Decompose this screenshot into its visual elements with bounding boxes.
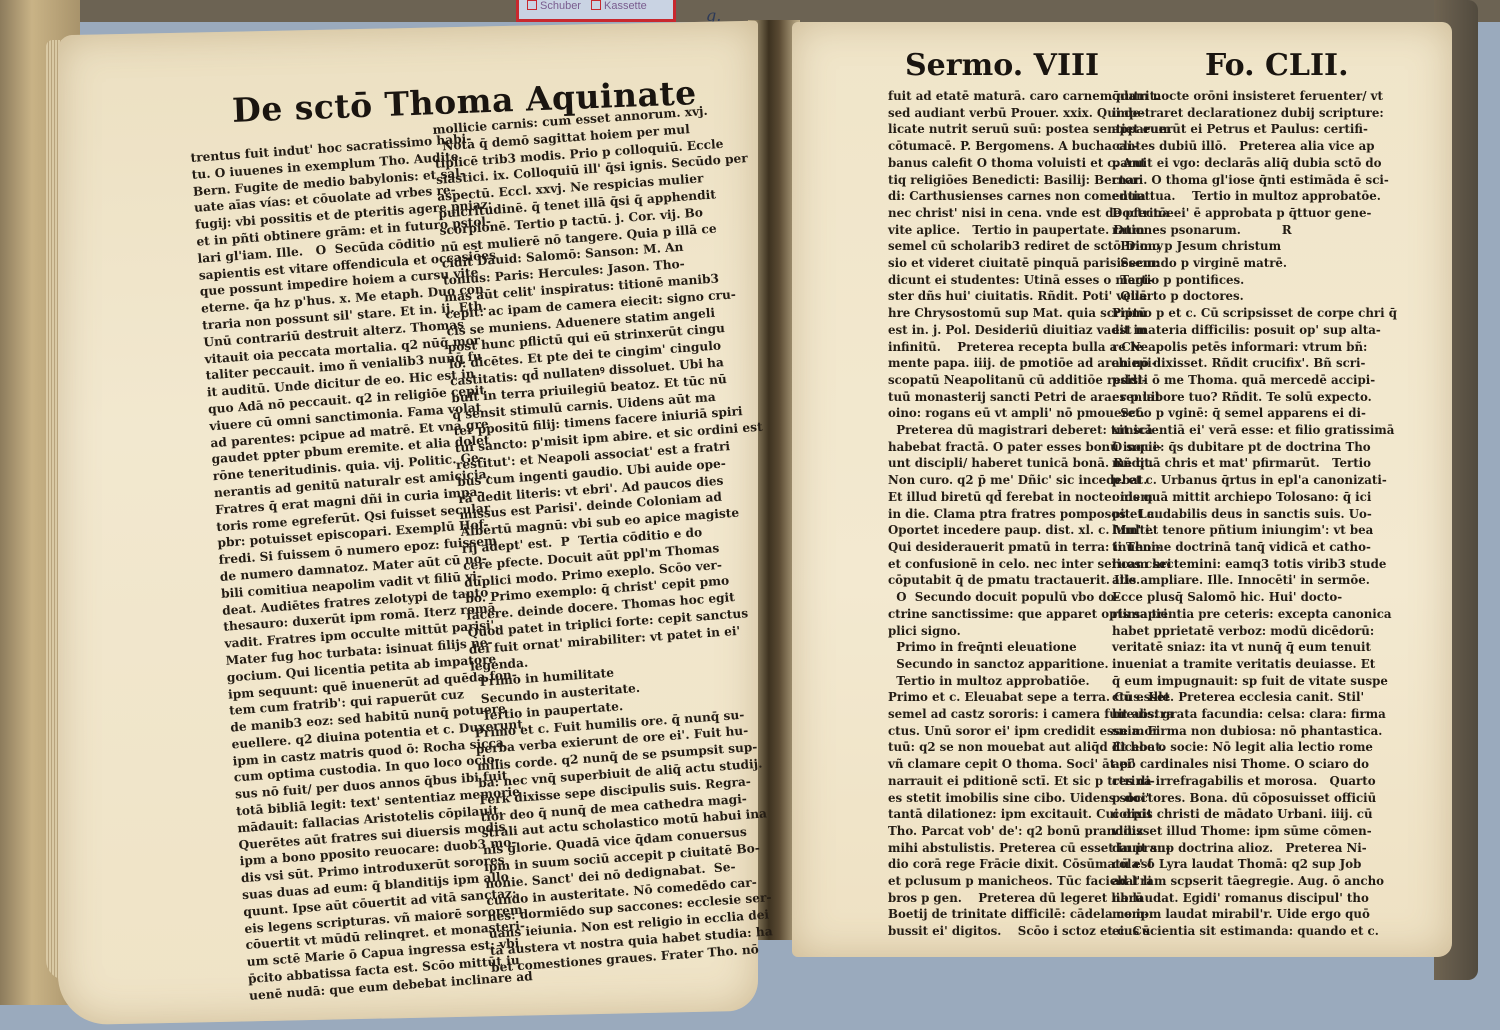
text-line: p doctores. Bona. dū cōposuisset officiū	[1112, 790, 1352, 807]
text-line: fuit ad etatē maturā. caro carnem nutrit…	[888, 88, 1108, 105]
text-line: semel ad castz sororis: i camera fuit ab…	[888, 706, 1108, 723]
text-line: di: Carthusienses carnes non comedunt.	[888, 188, 1108, 205]
text-line: mihi abstulistis. Preterea cū esset in p…	[888, 840, 1108, 857]
text-line: scopatū Neapolitanū cū additiōe reddi-	[888, 372, 1108, 389]
text-line: banus calefit O thoma voluisti et c. Ant	[888, 155, 1108, 172]
text-line: eius scientia sit estimanda: quando et c…	[1112, 923, 1352, 940]
text-line: Ecce plusq̄ Salomō hic. Hui' docto-	[1112, 589, 1352, 606]
text-line: breuis: grata facundia: celsa: clara: fi…	[1112, 706, 1352, 723]
text-line: cola' ō Lyra laudat Thomā: q2 sup Job	[1112, 856, 1352, 873]
text-line: narrauit ei pditionē sctī. Et sic p tres…	[888, 773, 1108, 790]
text-line: Primo p et c. Cū scripsisset de corpe ch…	[1112, 305, 1352, 322]
text-line: q̄dam nocte orōni insisteret feruenter/ …	[1112, 88, 1352, 105]
text-line: apparuerūt ei Petrus et Paulus: certifi-	[1112, 121, 1352, 138]
text-line: infinitū. Preterea recepta bulla a Cle	[888, 339, 1108, 356]
text-line: sio et videret ciuitatē pinquā parisiēse…	[888, 255, 1108, 272]
text-line: Scōo p vginē: q̄ semel apparens ei di-	[1112, 405, 1352, 422]
text-line: nec christ' nisi in cena. vnde est de pf…	[888, 205, 1108, 222]
text-line: Et hoc o socie: Nō legit alia lectio rom…	[1112, 739, 1352, 756]
text-line: ad l'ram scpserit tāegregie. Aug. ō anch…	[1112, 873, 1352, 890]
text-line: Tertio in multoz approbatiōe.	[888, 673, 1108, 690]
text-line: habebat fractā. O pater esses bonū inqui…	[888, 439, 1108, 456]
text-line: Boetij de trinitate difficilē: cādela co…	[888, 906, 1108, 923]
option-kassette: Kassette	[591, 0, 647, 12]
text-line: habet pprietatē verboz: modū dicēdorū:	[1112, 623, 1352, 640]
text-line: dio corā rege Frācie dixit. Cōsūmatū est	[888, 856, 1108, 873]
text-line: cōputabit q̄ de pmatu tractauerit. Ille.	[888, 572, 1108, 589]
text-line: Tho. Parcat vob' de': q2 bonū prandiuz	[888, 823, 1108, 840]
text-line: Tertio p pontifices.	[1112, 272, 1352, 289]
text-line: p. et c. Urbanus q̄rtus in epl'a canoniz…	[1112, 472, 1352, 489]
book-top-board	[0, 0, 1500, 22]
text-line: Secundo p virginē matrē.	[1112, 255, 1352, 272]
text-line: me quā chris et mat' pfirmarūt. Tertio	[1112, 455, 1352, 472]
shelf-label: Schuber Kassette	[516, 0, 676, 22]
text-line: tuū monasterij sancti Petri de ara. renu…	[888, 389, 1108, 406]
text-line: dicunt ei studentes: Utinā esses o magi-	[888, 272, 1108, 289]
text-line: vidisset illud Thome: ipm sūme cōmen-	[1112, 823, 1352, 840]
text-line: Et illud biretū qd̄ ferebat in nocte: id…	[888, 489, 1108, 506]
text-line: lum' et tenore pñtium iniungim': vt bea	[1112, 522, 1352, 539]
text-line: apō cardinales nisi Thome. O sciaro do	[1112, 756, 1352, 773]
text-line: pit. Laudabilis deus in sanctis suis. Uo…	[1112, 506, 1352, 523]
text-line: tuū: q2 se non mouebat aut aliq̄d diceba…	[888, 739, 1108, 756]
checkbox-icon	[591, 0, 601, 10]
text-line: tiq religiōes Benedicti: Basilij: Bernar	[888, 172, 1108, 189]
text-line: bros p gen. Preterea dū legeret librū	[888, 890, 1108, 907]
text-line: me ipm laudat mirabil'r. Uide ergo quō	[1112, 906, 1352, 923]
text-line: onis quā mittit archiepo Tolosano: q̄ ic…	[1112, 489, 1352, 506]
text-line: paruit ei vgo: declarās aliq̄ dubia sctō…	[1112, 155, 1352, 172]
text-line: oino: rogans eū vt ampli' nō pmoueret.	[888, 405, 1108, 422]
text-line: corpis christi de mādato Urbani. iiij. c…	[1112, 806, 1352, 823]
text-line: an nō dixisset. Rñdit crucifix'. Bñ scri…	[1112, 355, 1352, 372]
text-line: et confusionē in celo. nec inter seruos …	[888, 556, 1108, 573]
text-line: inueniat a tramite veritatis deuiasse. E…	[1112, 656, 1352, 673]
checkbox-icon	[527, 0, 537, 10]
text-line: cantes dubiū illō. Preterea alia vice ap	[1112, 138, 1352, 155]
right-page-running-head: Sermo. VIII	[905, 48, 1099, 83]
text-line: re Neapolis petēs informari: vtrum bñ:	[1112, 339, 1352, 356]
text-line: O Secundo docuit populū vbo do-	[888, 589, 1108, 606]
text-line: unt discipli/ haberet tunicā bonā. Rñdit…	[888, 455, 1108, 472]
text-line: ctrine sanctissime: que apparet optima t…	[888, 606, 1108, 623]
text-line: es p labore tuo? Rñdit. Te solū expecto.	[1112, 389, 1352, 406]
text-line: Qui desiderauerit pmatū in terra: inueni…	[888, 539, 1108, 556]
text-line: et pclusum p manicheos. Tūc faciebat li	[888, 873, 1108, 890]
text-line: dauit sup doctrina alioz. Preterea Ni-	[1112, 840, 1352, 857]
text-line: semel cū scholarib3 rediret de sctō Dion…	[888, 238, 1108, 255]
text-line: vñ clamare cepit O thoma. Soci' āt ei'	[888, 756, 1108, 773]
text-line: ster dñs hui' ciuitatis. Rñdit. Poti' ve…	[888, 288, 1108, 305]
text-line: hre Chrysostomū sup Mat. quia scriptū	[888, 305, 1108, 322]
text-line: in die. Clama ptra fratres pomposos et c…	[888, 506, 1108, 523]
text-line: ctus. Unū soror ei' ipm credidit esse mo…	[888, 723, 1108, 740]
text-line: licam sectemini: eamq3 totis virib3 stud…	[1112, 556, 1352, 573]
text-line: sed audiant verbū Prouer. xxix. Qui de-	[888, 105, 1108, 122]
text-line: Non curo. q2 p̄ me' Dñic' sic incedebat.	[888, 472, 1108, 489]
text-line: xit scientiā ei' verā esse: et filio gra…	[1112, 422, 1352, 439]
option-schuber: Schuber	[527, 0, 581, 12]
text-line: rationes psonarum. R	[1112, 222, 1352, 239]
text-line: snia. Firma non dubiosa: nō phantastica.	[1112, 723, 1352, 740]
text-line: entia tua. Tertio in multoz approbatōe.	[1112, 188, 1352, 205]
text-line: impetraret declarationez dubij scripture…	[1112, 105, 1352, 122]
text-line: ctori. O thoma gl'iose q̄nti estimāda ē …	[1112, 172, 1352, 189]
text-line: es stetit imobilis sine cibo. Uidens soc…	[888, 790, 1108, 807]
text-line: Primo p Jesum christum	[1112, 238, 1352, 255]
text-line: ti Thome doctrinā tanq̄ vidicā et catho-	[1112, 539, 1352, 556]
text-line: atis ampliare. Ille. Innocēti' in sermōe…	[1112, 572, 1352, 589]
text-line: bussit ei' digitos. Scōo i sctoz et c. C…	[888, 923, 1108, 940]
text-line: est materia difficilis: posuit op' sup a…	[1112, 322, 1352, 339]
text-line: Doctrina ei' ē approbata p q̄ttuor gene-	[1112, 205, 1352, 222]
text-line: plici signo.	[888, 623, 1108, 640]
text-line: Preterea dū magistrari deberet: tunicā	[888, 422, 1108, 439]
text-line: q̄ eum impugnauit: sp fuit de vitate sus…	[1112, 673, 1352, 690]
right-page-column-2: q̄dam nocte orōni insisteret feruenter/ …	[1112, 88, 1352, 940]
text-line: O socie: q̄s dubitare pt de doctrina Tho	[1112, 439, 1352, 456]
text-line: tantā dilationez: ipm excitauit. Cui dix…	[888, 806, 1108, 823]
text-line: licate nutrit seruū suū: postea sentiet …	[888, 121, 1108, 138]
text-line: ctus. Ille. Preterea ecclesia canit. Sti…	[1112, 689, 1352, 706]
text-line: veritatē sniaz: ita vt nunq̄ q̄ eum tenu…	[1112, 639, 1352, 656]
text-line: na laudat. Egidi' romanus discipul' tho	[1112, 890, 1352, 907]
text-line: mente papa. iiij. de pmotiōe ad archiepi…	[888, 355, 1108, 372]
text-line: Primo et c. Eleuabat sepe a terra. Cū es…	[888, 689, 1108, 706]
text-line: ctrina irrefragabilis et morosa. Quarto	[1112, 773, 1352, 790]
text-line: Oportet incedere paup. dist. xl. c. Mult…	[888, 522, 1108, 539]
text-line: psisti ō me Thoma. quā mercedē accipi-	[1112, 372, 1352, 389]
text-line: ris sapientia pre ceteris: excepta canon…	[1112, 606, 1352, 623]
text-line: vite aplice. Tertio in paupertate. Dum	[888, 222, 1108, 239]
text-line: Secundo in sanctoz apparitione.	[888, 656, 1108, 673]
text-line: Primo in freq̄nti eleuatione	[888, 639, 1108, 656]
text-line: est in. j. Pol. Desideriū diuitiaz vadit…	[888, 322, 1108, 339]
text-line: cōtumacē. P. Bergomens. A bucha cli-	[888, 138, 1108, 155]
text-line: Quarto p doctores.	[1112, 288, 1352, 305]
right-page-column-1: fuit ad etatē maturā. caro carnem nutrit…	[888, 88, 1108, 940]
right-page-folio: Fo. CLII.	[1205, 48, 1349, 83]
